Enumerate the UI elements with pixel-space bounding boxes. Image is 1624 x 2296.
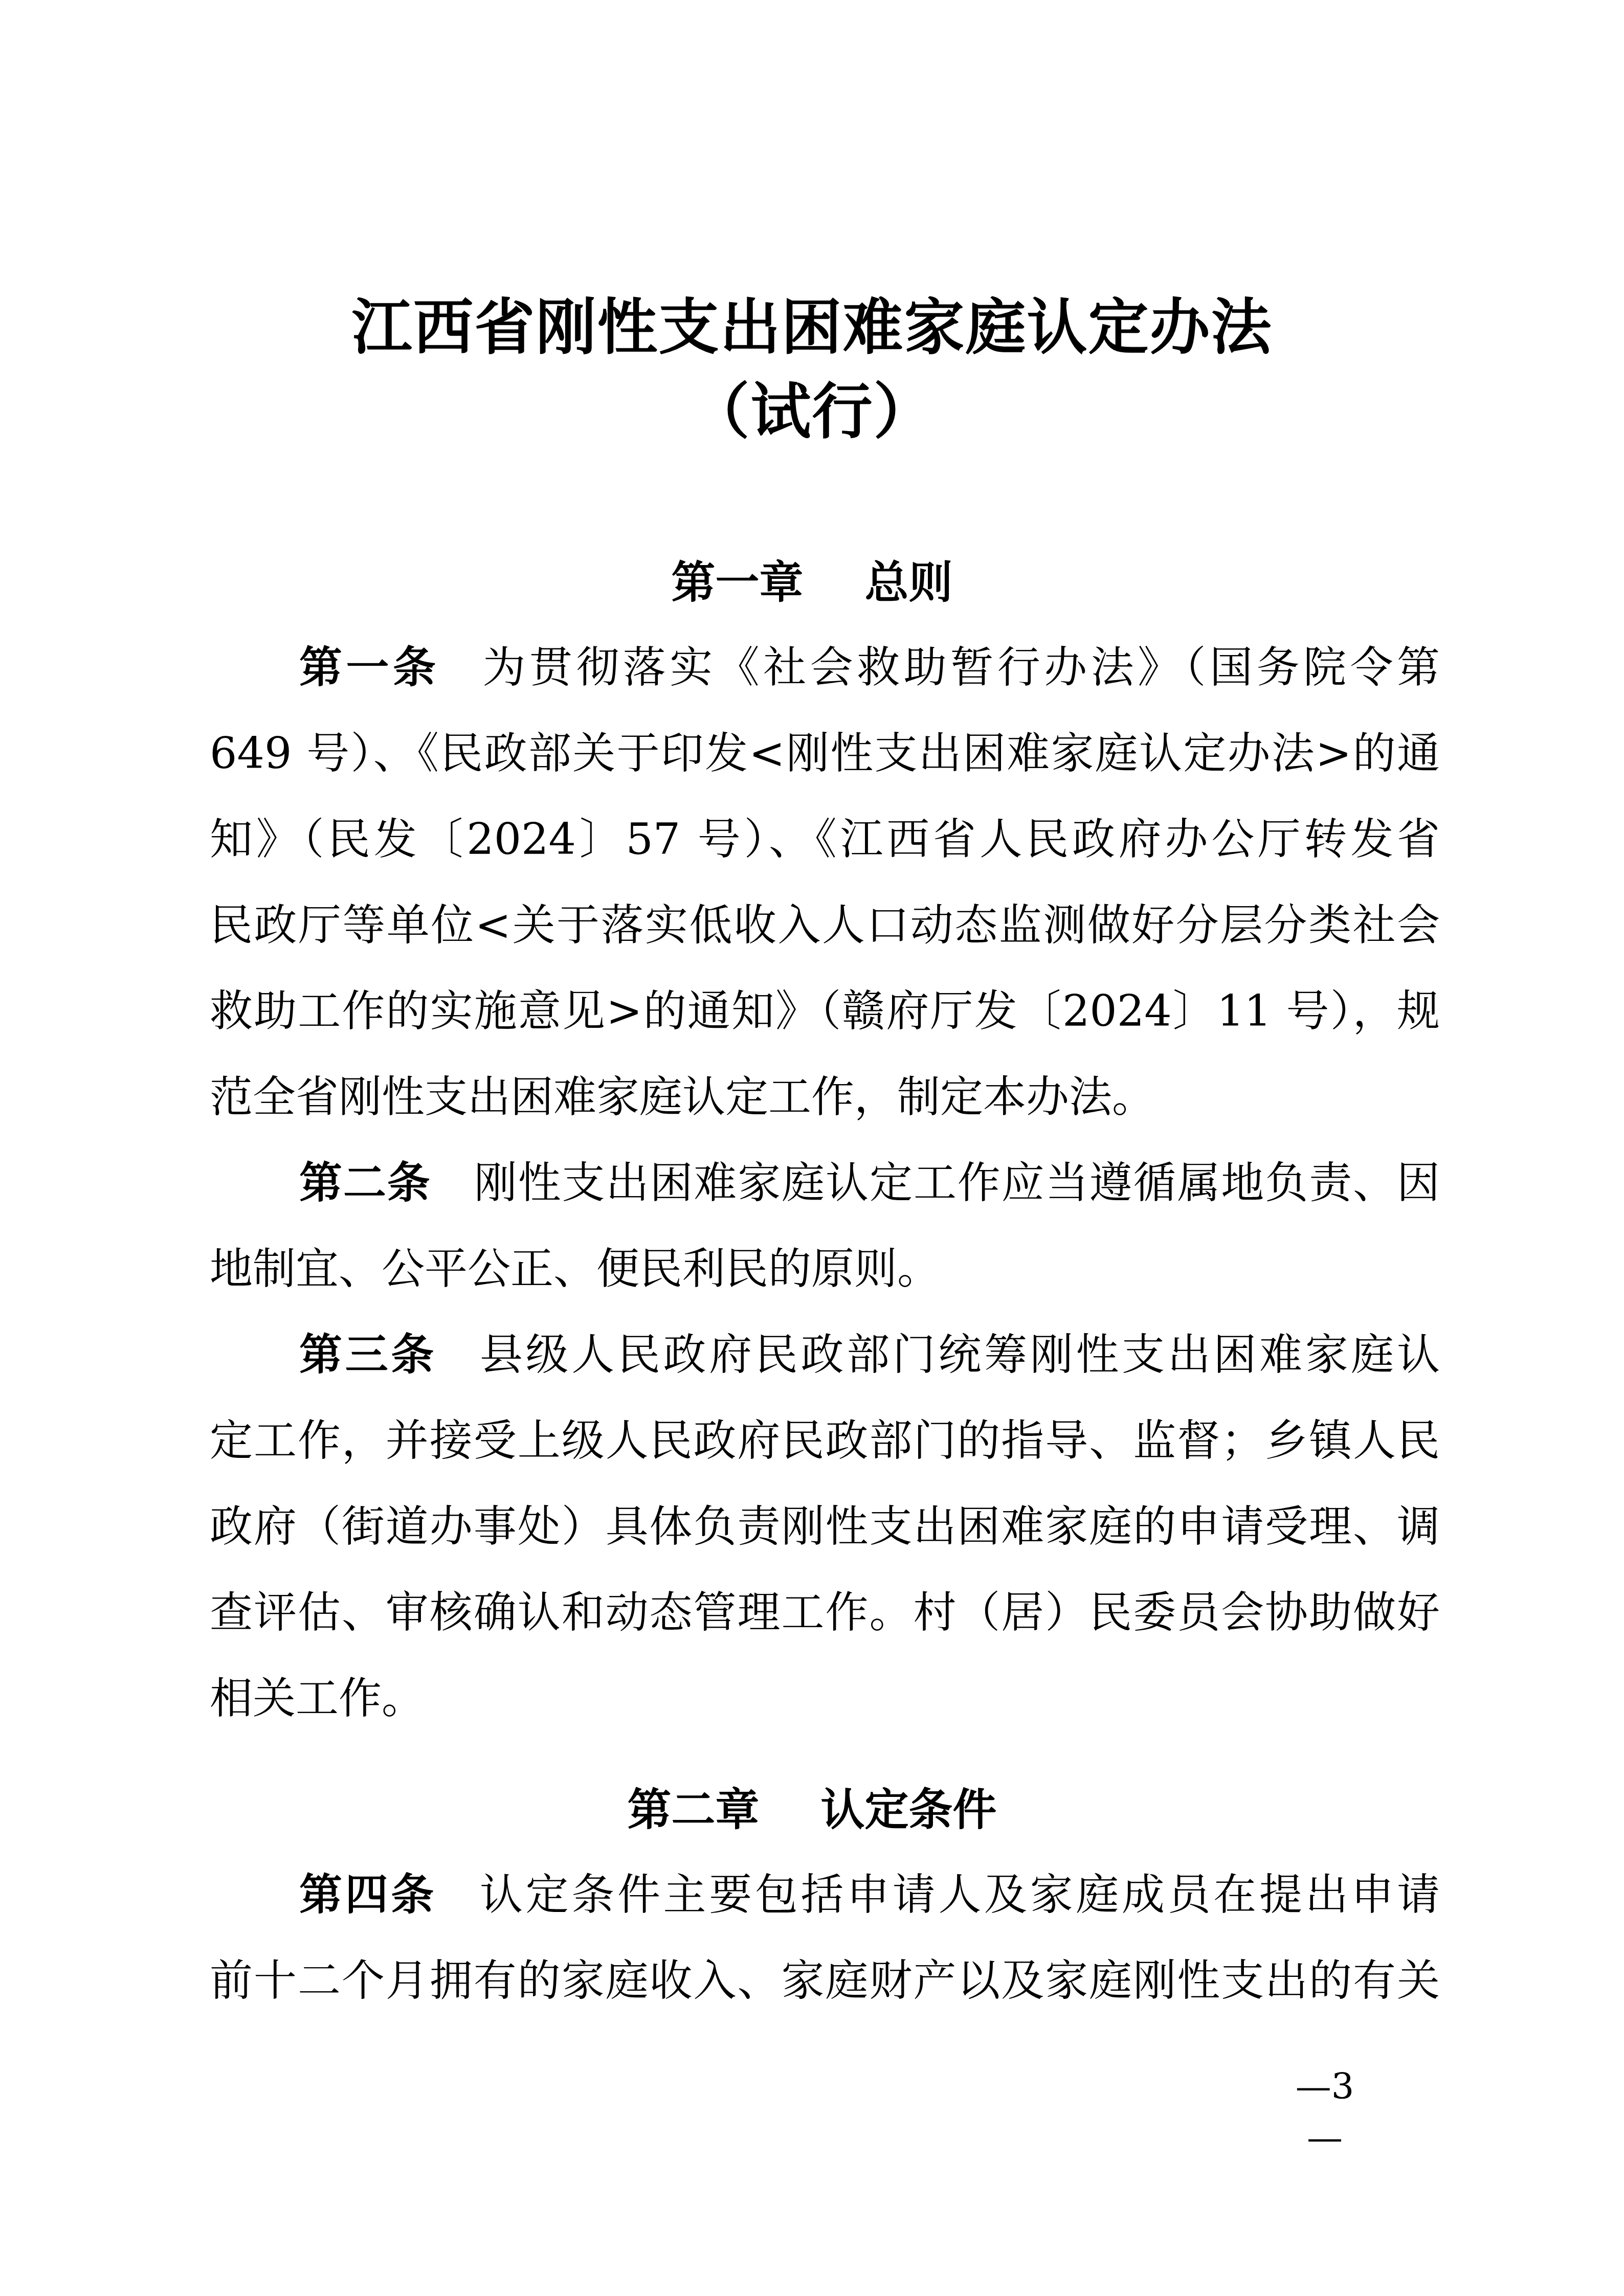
paragraph-line: 查评估、审核确认和动态管理工作。村（居）民委员会协助做好 [210, 1582, 1440, 1643]
document-subtitle: （试行） [0, 376, 1624, 447]
chapter-heading-2: 第二章认定条件 [0, 1782, 1624, 1838]
paragraph-line: 救助工作的实施意见>的通知》（赣府厅发〔2024〕11 号），规 [210, 980, 1440, 1042]
paragraph-line: 政府（街道办事处）具体负责刚性支出困难家庭的申请受理、调 [210, 1496, 1440, 1557]
chapter-number: 第二章 [628, 1785, 760, 1836]
paragraph-line: 第三条县级人民政府民政部门统筹刚性支出困难家庭认 [210, 1324, 1440, 1385]
article-label: 第一条 [299, 642, 439, 692]
article-label: 第三条 [299, 1330, 437, 1380]
chapter-heading-1: 第一章总则 [0, 555, 1624, 611]
chapter-name: 总则 [865, 557, 953, 609]
paragraph-line: 649 号）、《民政部关于印发<刚性支出困难家庭认定办法>的通 [210, 723, 1440, 784]
paragraph-line: 知》（民发〔2024〕57 号）、《江西省人民政府办公厅转发省 [210, 808, 1440, 870]
paragraph-line: 前十二个月拥有的家庭收入、家庭财产以及家庭刚性支出的有关 [210, 1950, 1440, 2011]
chapter-number: 第一章 [672, 557, 804, 609]
paragraph-line: 第一条为贯彻落实《社会救助暂行办法》（国务院令第 [210, 637, 1440, 698]
paragraph-line: 范全省刚性支出困难家庭认定工作，制定本办法。 [210, 1066, 1440, 1128]
paragraph-line: 定工作，并接受上级人民政府民政部门的指导、监督；乡镇人民 [210, 1410, 1440, 1471]
paragraph-line: 相关工作。 [210, 1668, 1440, 1729]
paragraph-line: 地制宜、公平公正、便民利民的原则。 [210, 1238, 1440, 1299]
article-label: 第四条 [299, 1870, 437, 1920]
article-label: 第二条 [299, 1158, 431, 1208]
document-title: 江西省刚性支出困难家庭认定办法 [0, 291, 1624, 363]
chapter-name: 认定条件 [821, 1785, 997, 1836]
paragraph-line: 第四条认定条件主要包括申请人及家庭成员在提出申请 [210, 1864, 1440, 1925]
document-page: 江西省刚性支出困难家庭认定办法 （试行） 第一章总则 第一条为贯彻落实《社会救助… [0, 0, 1624, 2296]
page-number: —3— [1289, 2061, 1361, 2163]
paragraph-line: 民政厅等单位<关于落实低收入人口动态监测做好分层分类社会 [210, 894, 1440, 956]
paragraph-line: 第二条刚性支出困难家庭认定工作应当遵循属地负责、因 [210, 1152, 1440, 1213]
